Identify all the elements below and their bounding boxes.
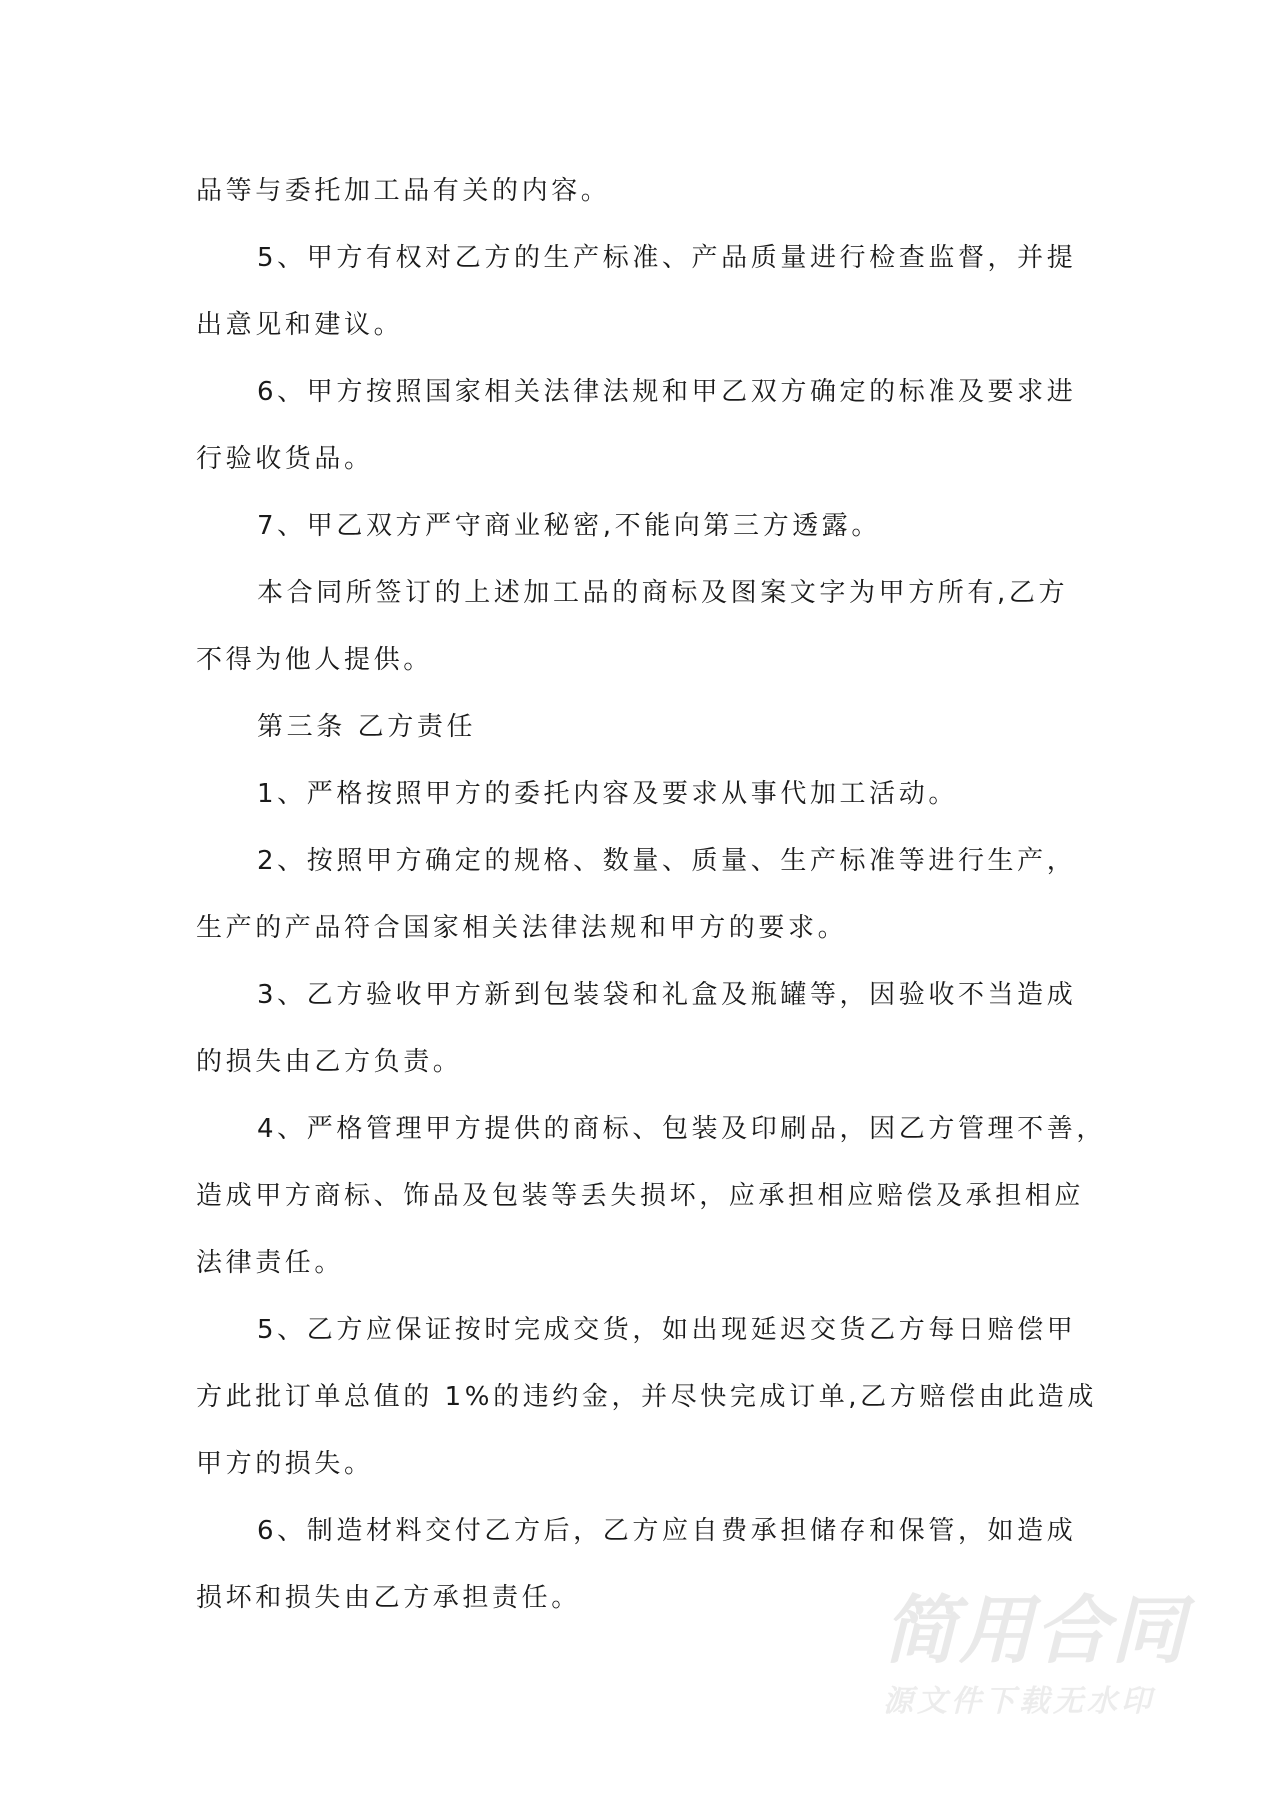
watermark: 简用合同 源文件下载无水印 [883, 1588, 1193, 1722]
text-line: 生产的产品符合国家相关法律法规和甲方的要求。 [196, 905, 1096, 972]
document-body: 品等与委托加工品有关的内容。 5、甲方有权对乙方的生产标准、产品质量进行检查监督… [196, 168, 1096, 1642]
text-line: 造成甲方商标、饰品及包装等丢失损坏，应承担相应赔偿及承担相应 [196, 1173, 1096, 1240]
text-line: 甲方的损失。 [196, 1441, 1096, 1508]
section-heading: 第三条 乙方责任 [196, 704, 1096, 771]
text-line: 3、乙方验收甲方新到包装袋和礼盒及瓶罐等，因验收不当造成 [196, 972, 1096, 1039]
text-line: 2、按照甲方确定的规格、数量、质量、生产标准等进行生产， [196, 838, 1096, 905]
document-page: 品等与委托加工品有关的内容。 5、甲方有权对乙方的生产标准、产品质量进行检查监督… [0, 0, 1280, 1810]
text-line: 品等与委托加工品有关的内容。 [196, 168, 1096, 235]
watermark-title: 简用合同 [883, 1588, 1193, 1674]
text-line: 方此批订单总值的 1%的违约金，并尽快完成订单,乙方赔偿由此造成 [196, 1374, 1096, 1441]
text-line: 5、甲方有权对乙方的生产标准、产品质量进行检查监督，并提 [196, 235, 1096, 302]
text-line: 出意见和建议。 [196, 302, 1096, 369]
text-line: 5、乙方应保证按时完成交货，如出现延迟交货乙方每日赔偿甲 [196, 1307, 1096, 1374]
text-line: 4、严格管理甲方提供的商标、包装及印刷品，因乙方管理不善， [196, 1106, 1096, 1173]
text-line: 6、制造材料交付乙方后，乙方应自费承担储存和保管，如造成 [196, 1508, 1096, 1575]
text-line: 1、严格按照甲方的委托内容及要求从事代加工活动。 [196, 771, 1096, 838]
text-line: 本合同所签订的上述加工品的商标及图案文字为甲方所有,乙方 [196, 570, 1096, 637]
text-line: 行验收货品。 [196, 436, 1096, 503]
text-line: 7、甲乙双方严守商业秘密,不能向第三方透露。 [196, 503, 1096, 570]
text-line: 法律责任。 [196, 1240, 1096, 1307]
text-line: 不得为他人提供。 [196, 637, 1096, 704]
text-line: 的损失由乙方负责。 [196, 1039, 1096, 1106]
watermark-subtitle: 源文件下载无水印 [883, 1682, 1193, 1722]
text-line: 6、甲方按照国家相关法律法规和甲乙双方确定的标准及要求进 [196, 369, 1096, 436]
